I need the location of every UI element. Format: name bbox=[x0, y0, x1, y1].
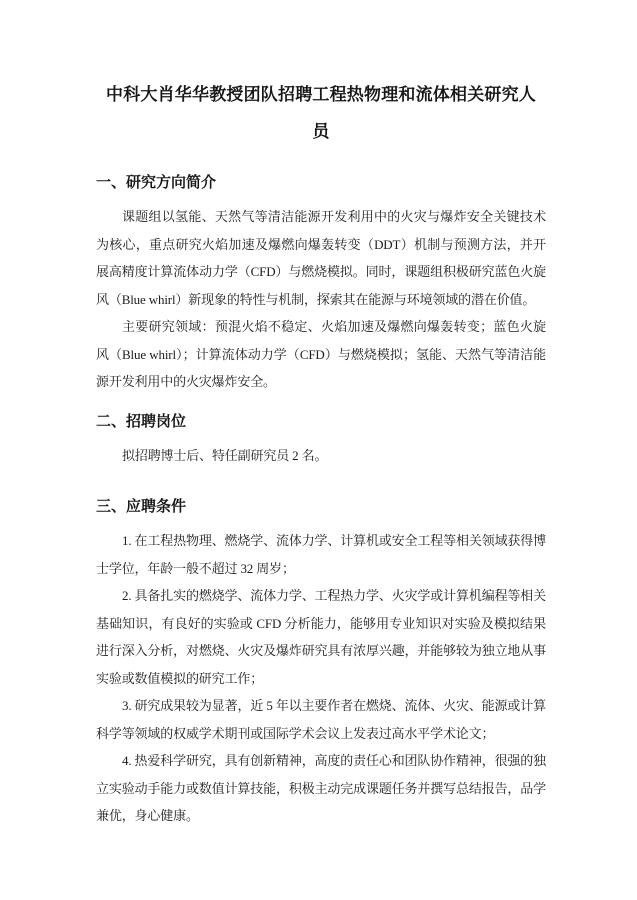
section-1-paragraph-1: 课题组以氢能、天然气等清洁能源开发利用中的火灾与爆炸安全关键技术为核心，重点研究… bbox=[96, 203, 546, 313]
document-page: 中科大肖华华教授团队招聘工程热物理和流体相关研究人员 一、研究方向简介 课题组以… bbox=[0, 0, 637, 900]
section-1-heading: 一、研究方向简介 bbox=[96, 171, 546, 195]
section-2-heading: 二、招聘岗位 bbox=[96, 410, 546, 434]
section-3-item-3: 3. 研究成果较为显著，近 5 年以主要作者在燃烧、流体、火灾、能源或计算科学等… bbox=[96, 692, 546, 747]
document-title: 中科大肖华华教授团队招聘工程热物理和流体相关研究人员 bbox=[101, 76, 541, 150]
section-research-direction: 一、研究方向简介 课题组以氢能、天然气等清洁能源开发利用中的火灾与爆炸安全关键技… bbox=[96, 171, 546, 396]
section-3-item-1: 1. 在工程热物理、燃烧学、流体力学、计算机或安全工程等相关领域获得博士学位，年… bbox=[96, 527, 546, 582]
section-3-item-2: 2. 具备扎实的燃烧学、流体力学、工程热力学、火灾学或计算机编程等相关基础知识，… bbox=[96, 582, 546, 692]
section-3-item-4: 4. 热爱科学研究，具有创新精神，高度的责任心和团队协作精神，很强的独立实验动手… bbox=[96, 747, 546, 830]
section-3-heading: 三、应聘条件 bbox=[96, 495, 546, 519]
section-1-paragraph-2: 主要研究领域：预混火焰不稳定、火焰加速及爆燃向爆轰转变；蓝色火旋风（Blue w… bbox=[96, 313, 546, 396]
section-2-paragraph-1: 拟招聘博士后、特任副研究员 2 名。 bbox=[96, 442, 546, 470]
section-positions: 二、招聘岗位 拟招聘博士后、特任副研究员 2 名。 bbox=[96, 410, 546, 470]
section-requirements: 三、应聘条件 1. 在工程热物理、燃烧学、流体力学、计算机或安全工程等相关领域获… bbox=[96, 495, 546, 830]
